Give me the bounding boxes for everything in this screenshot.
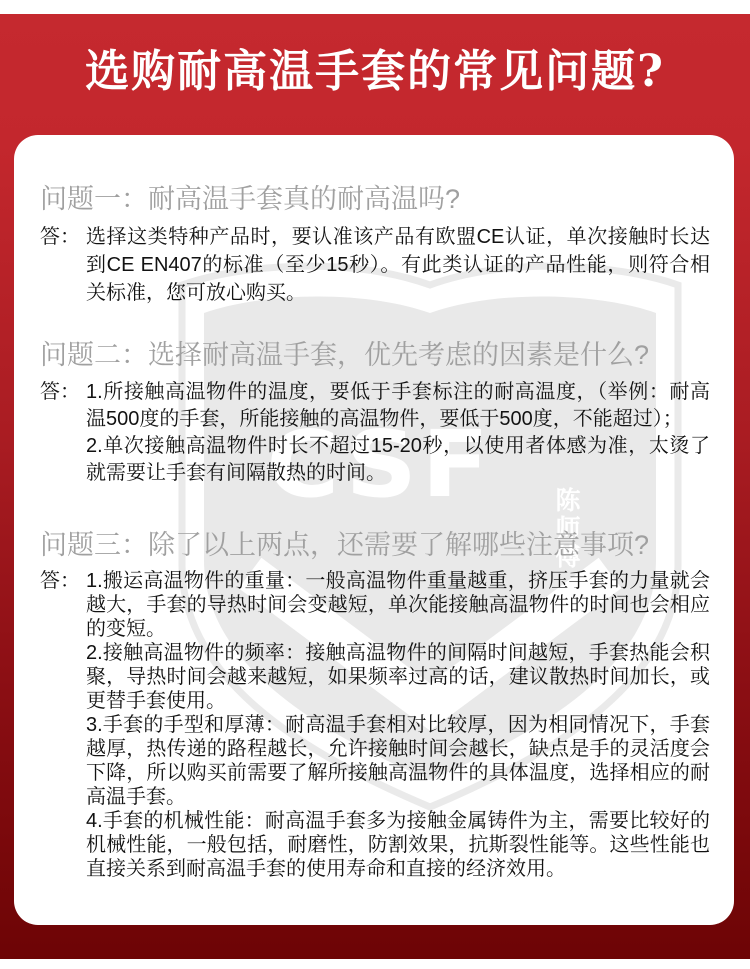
answer-item: 3.手套的手型和厚薄：耐高温手套相对比较厚，因为相同情况下，手套越厚，热传递的路…: [86, 713, 710, 809]
question-3-text: 除了以上两点，还需要了解哪些注意事项?: [148, 530, 649, 560]
answer-item: 4.手套的机械性能：耐高温手套多为接触金属铸件为主，需要比较好的机械性能，一般包…: [86, 809, 710, 881]
question-3-heading: 问题三：除了以上两点，还需要了解哪些注意事项?: [40, 527, 710, 563]
faq-poster: 选购耐高温手套的常见问题? CSF 陈师傅 问题一：耐高温手套真的耐高温吗? 答…: [0, 0, 750, 969]
question-2-heading: 问题二：选择耐高温手套，优先考虑的因素是什么?: [40, 337, 710, 373]
answer-1: 答： 选择这类特种产品时，要认准该产品有欧盟CE认证，单次接触时长达到CE EN…: [40, 223, 710, 307]
content-card: CSF 陈师傅 问题一：耐高温手套真的耐高温吗? 答： 选择这类特种产品时，要认…: [14, 135, 734, 925]
answer-item: 1.搬运高温物件的重量：一般高温物件重量越重，挤压手套的力量就会越大，手套的导热…: [86, 569, 710, 641]
answer-item: 选择这类特种产品时，要认准该产品有欧盟CE认证，单次接触时长达到CE EN407…: [86, 223, 710, 307]
answer-2-body: 1.所接触高温物件的温度，要低于手套标注的耐高温度，（举例：耐高温500度的手套…: [86, 379, 710, 487]
question-1-text: 耐高温手套真的耐高温吗?: [148, 184, 460, 214]
question-3-label: 问题三：: [40, 530, 148, 560]
question-2-text: 选择耐高温手套，优先考虑的因素是什么?: [148, 340, 649, 370]
answer-1-body: 选择这类特种产品时，要认准该产品有欧盟CE认证，单次接触时长达到CE EN407…: [86, 223, 710, 307]
faq-list: 问题一：耐高温手套真的耐高温吗? 答： 选择这类特种产品时，要认准该产品有欧盟C…: [40, 181, 710, 881]
answer-3-body: 1.搬运高温物件的重量：一般高温物件重量越重，挤压手套的力量就会越大，手套的导热…: [86, 569, 710, 881]
answer-3: 答： 1.搬运高温物件的重量：一般高温物件重量越重，挤压手套的力量就会越大，手套…: [40, 569, 710, 881]
question-1-label: 问题一：: [40, 184, 148, 214]
answer-2: 答： 1.所接触高温物件的温度，要低于手套标注的耐高温度，（举例：耐高温500度…: [40, 379, 710, 487]
page-title: 选购耐高温手套的常见问题?: [0, 46, 750, 98]
answer-2-label: 答：: [40, 379, 86, 406]
question-2-label: 问题二：: [40, 340, 148, 370]
faq-section-3: 问题三：除了以上两点，还需要了解哪些注意事项? 答： 1.搬运高温物件的重量：一…: [40, 527, 710, 881]
answer-item: 1.所接触高温物件的温度，要低于手套标注的耐高温度，（举例：耐高温500度的手套…: [86, 379, 710, 433]
answer-1-label: 答：: [40, 223, 86, 251]
answer-item: 2.单次接触高温物件时长不超过15-20秒，以使用者体感为准，太烫了就需要让手套…: [86, 433, 710, 487]
answer-item: 2.接触高温物件的频率：接触高温物件的间隔时间越短，手套热能会积聚，导热时间会越…: [86, 641, 710, 713]
question-1-heading: 问题一：耐高温手套真的耐高温吗?: [40, 181, 710, 217]
faq-section-2: 问题二：选择耐高温手套，优先考虑的因素是什么? 答： 1.所接触高温物件的温度，…: [40, 337, 710, 487]
answer-3-label: 答：: [40, 569, 86, 593]
faq-section-1: 问题一：耐高温手套真的耐高温吗? 答： 选择这类特种产品时，要认准该产品有欧盟C…: [40, 181, 710, 307]
